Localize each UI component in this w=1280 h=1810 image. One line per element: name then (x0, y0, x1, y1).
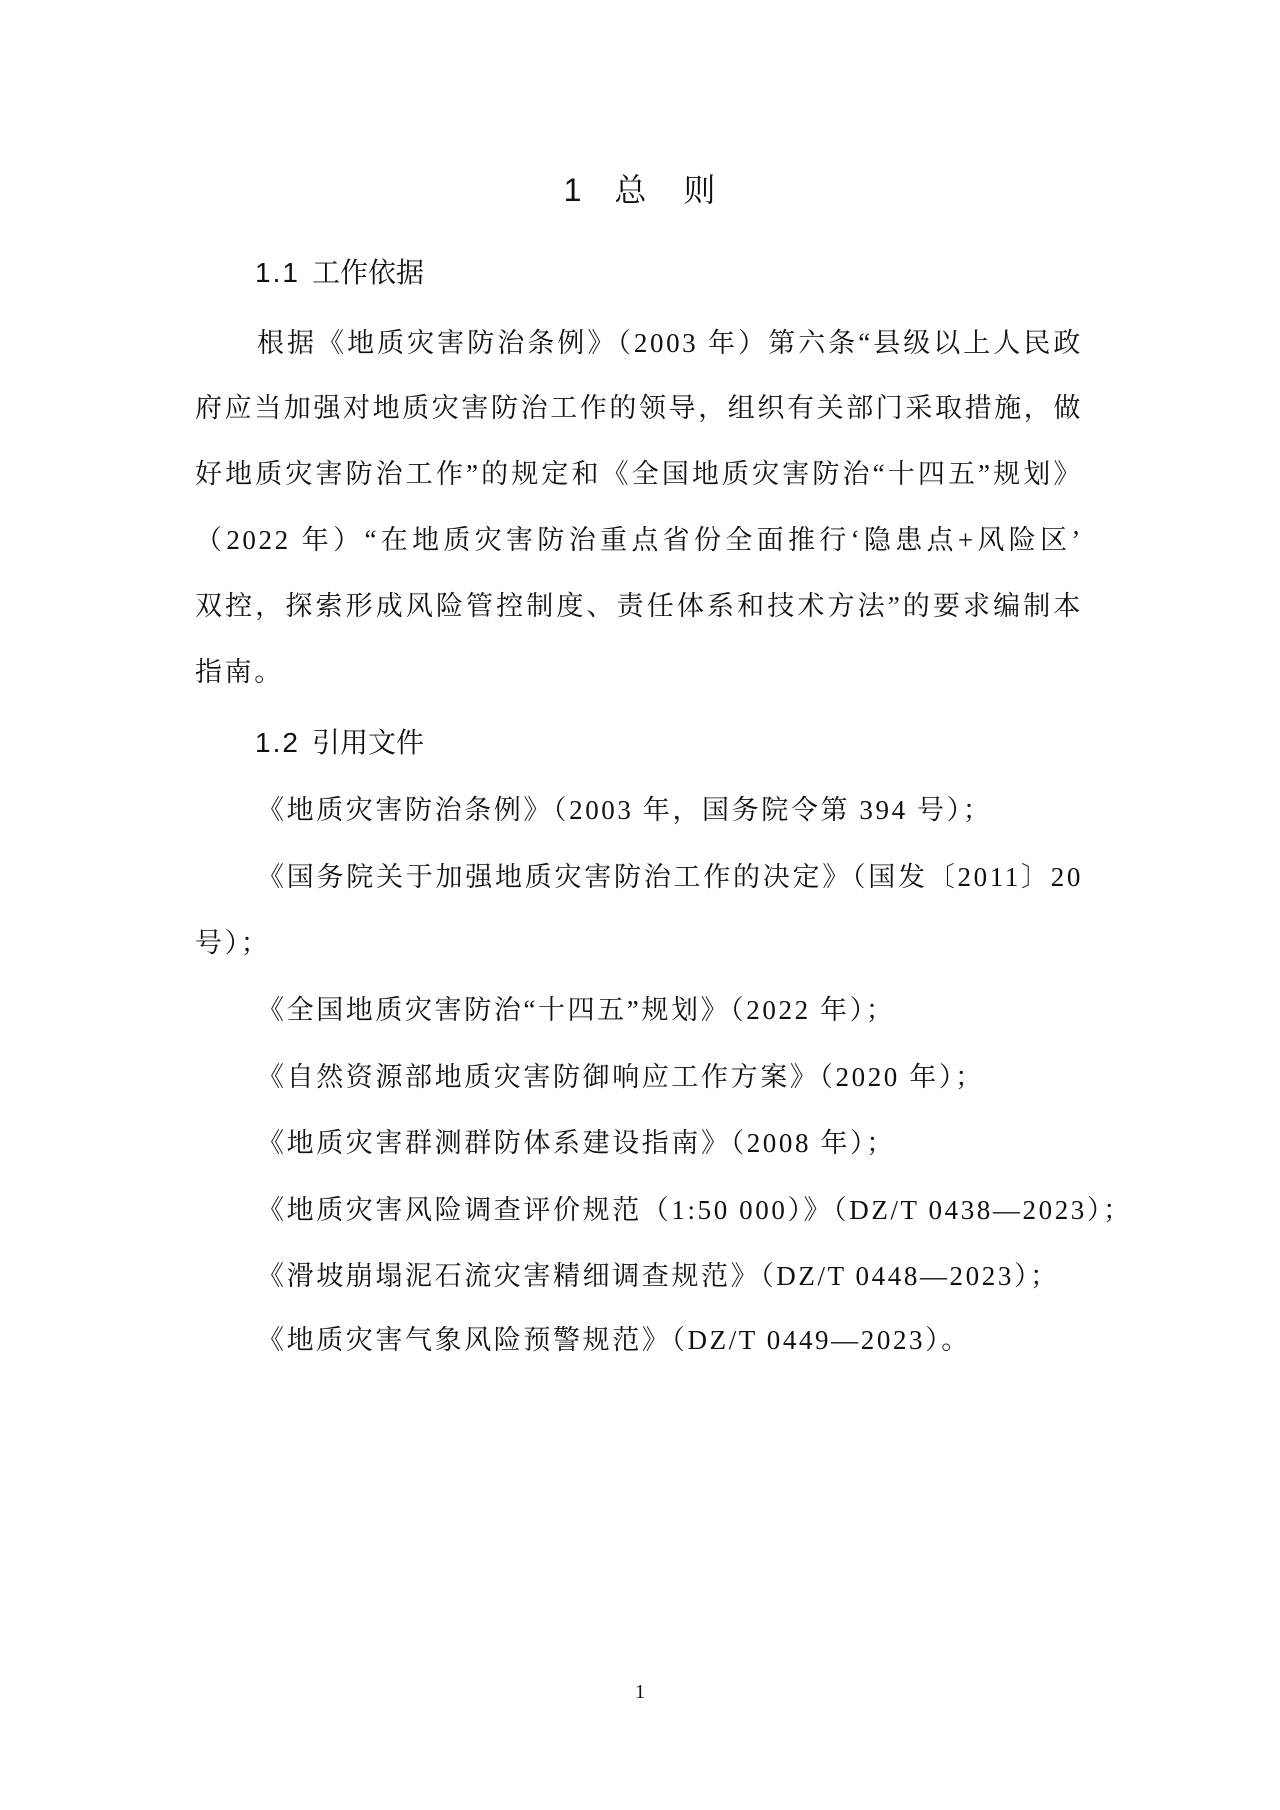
section-heading-1-2: 1.2引用文件 (255, 723, 424, 763)
section-title: 工作依据 (312, 257, 424, 288)
section-number: 1.1 (255, 257, 300, 288)
paragraph-line: 根据《地质灾害防治条例》（2003 年）第六条“县级以上人民政 (257, 323, 1083, 363)
paragraph-line: 府应当加强对地质灾害防治工作的领导，组织有关部门采取措施，做 (195, 388, 1083, 428)
section-heading-1-1: 1.1工作依据 (255, 253, 424, 293)
chapter-title-char: 总 (614, 168, 647, 212)
chapter-number: 1 (564, 168, 583, 212)
page-number: 1 (0, 1678, 1280, 1706)
reference-item: 《全国地质灾害防治“十四五”规划》（2022 年）； (257, 990, 895, 1030)
reference-item: 《地质灾害气象风险预警规范》（DZ/T 0449—2023）。 (257, 1320, 971, 1360)
reference-item: 《国务院关于加强地质灾害防治工作的决定》（国发〔2011〕20 (257, 857, 1083, 897)
reference-item: 《地质灾害风险调查评价规范（1:50 000）》（DZ/T 0438—2023）… (257, 1190, 1133, 1230)
paragraph-line: 好地质灾害防治工作”的规定和《全国地质灾害防治“十四五”规划》 (195, 454, 1083, 494)
paragraph-line: 双控，探索形成风险管控制度、责任体系和技术方法”的要求编制本 (195, 586, 1083, 626)
reference-item: 《地质灾害群测群防体系建设指南》（2008 年）； (257, 1123, 896, 1163)
section-title: 引用文件 (312, 727, 424, 758)
chapter-title: 1总则 (0, 168, 1280, 212)
reference-item: 《自然资源部地质灾害防御响应工作方案》（2020 年）； (257, 1057, 985, 1097)
reference-item: 《地质灾害防治条例》（2003 年，国务院令第 394 号）； (257, 790, 992, 830)
paragraph-line: （2022 年）“在地质灾害防治重点省份全面推行‘隐患点+风险区’ (195, 520, 1083, 560)
section-number: 1.2 (255, 727, 300, 758)
document-page: 1总则 1.1工作依据 根据《地质灾害防治条例》（2003 年）第六条“县级以上… (0, 0, 1280, 1810)
chapter-title-char: 则 (683, 168, 716, 212)
reference-item: 《滑坡崩塌泥石流灾害精细调查规范》（DZ/T 0448—2023）； (257, 1256, 1060, 1296)
reference-item-continuation: 号）； (195, 923, 270, 963)
paragraph-line: 指南。 (195, 652, 1083, 692)
